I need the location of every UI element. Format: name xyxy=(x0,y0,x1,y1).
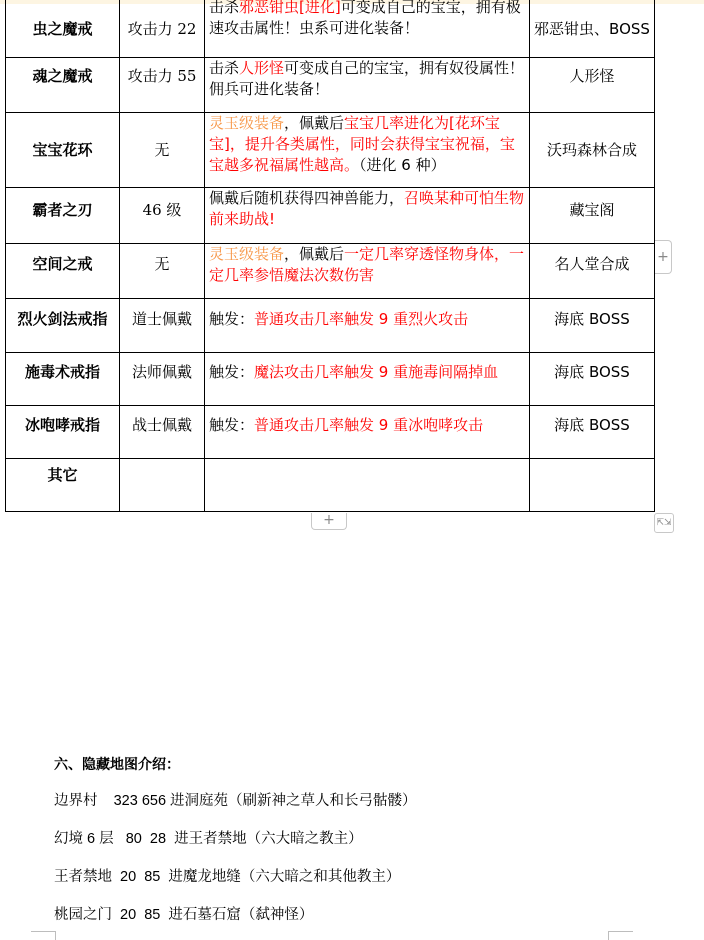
item-description: 击杀邪恶钳虫[进化]可变成自己的宝宝，拥有极速攻击属性！虫系可进化装备！ xyxy=(205,0,530,58)
item-description: 击杀人形怪可变成自己的宝宝，拥有奴役属性！佣兵可进化装备！ xyxy=(205,58,530,113)
item-name: 施毒术戒指 xyxy=(6,353,120,406)
description-run: 触发： xyxy=(209,416,254,434)
item-name: 空间之戒 xyxy=(6,244,120,299)
description-run: ，佩戴后 xyxy=(284,114,344,132)
item-description: 灵玉级装备，佩戴后一定几率穿透怪物身体，一定几率参悟魔法次数伤害 xyxy=(205,244,530,299)
description-run: 邪恶钳虫[进化] xyxy=(239,0,341,16)
item-source: 海底 BOSS xyxy=(530,406,655,459)
item-description: 佩戴后随机获得四神兽能力，召唤某种可怕生物前来助战! xyxy=(205,188,530,244)
table-row: 烈火剑法戒指 道士佩戴 触发：普通攻击几率触发 9 重烈火攻击 海底 BOSS xyxy=(6,299,655,353)
map-entry: 王者禁地 20 85 进魔龙地缝（六大暗之和其他教主） xyxy=(54,865,654,889)
item-name: 虫之魔戒 xyxy=(6,0,120,58)
description-run: ，佩戴后 xyxy=(284,245,344,263)
item-requirement: 攻击力 55 xyxy=(120,58,205,113)
table-row: 施毒术戒指 法师佩戴 触发：魔法攻击几率触发 9 重施毒间隔掉血 海底 BOSS xyxy=(6,353,655,406)
item-description: 触发：普通攻击几率触发 9 重冰咆哮攻击 xyxy=(205,406,530,459)
description-run: 触发： xyxy=(209,310,254,328)
table-row: 宝宝花环 无 灵玉级装备，佩戴后宝宝几率进化为[花环宝宝]，提升各类属性，同时会… xyxy=(6,113,655,188)
item-name: 烈火剑法戒指 xyxy=(6,299,120,353)
description-run: 普通攻击几率触发 9 重烈火攻击 xyxy=(254,310,468,328)
add-column-button[interactable]: + xyxy=(655,240,672,274)
description-run: （进化 6 种） xyxy=(359,156,446,174)
table-row: 霸者之刃 46 级 佩戴后随机获得四神兽能力，召唤某种可怕生物前来助战! 藏宝阁 xyxy=(6,188,655,244)
plus-icon: + xyxy=(657,249,669,265)
description-run: 击杀 xyxy=(209,59,239,77)
item-source: 邪恶钳虫、BOSS xyxy=(530,0,655,58)
item-name: 冰咆哮戒指 xyxy=(6,406,120,459)
item-source xyxy=(530,459,655,512)
table-row: 虫之魔戒 攻击力 22 击杀邪恶钳虫[进化]可变成自己的宝宝，拥有极速攻击属性！… xyxy=(6,0,655,58)
item-requirement: 46 级 xyxy=(120,188,205,244)
description-run: 普通攻击几率触发 9 重冰咆哮攻击 xyxy=(254,416,483,434)
description-run: 佩戴后随机获得四神兽能力， xyxy=(209,189,404,207)
item-description xyxy=(205,459,530,512)
hidden-maps-section: 六、隐藏地图介绍： 边界村 323 656 进洞庭苑（刷新神之草人和长弓骷髅） … xyxy=(54,752,654,940)
item-description: 灵玉级装备，佩戴后宝宝几率进化为[花环宝宝]，提升各类属性，同时会获得宝宝祝福，… xyxy=(205,113,530,188)
table-row: 魂之魔戒 攻击力 55 击杀人形怪可变成自己的宝宝，拥有奴役属性！佣兵可进化装备… xyxy=(6,58,655,113)
add-row-button[interactable]: + xyxy=(311,513,347,530)
item-source: 海底 BOSS xyxy=(530,299,655,353)
description-run: 魔法攻击几率触发 9 重施毒间隔掉血 xyxy=(254,363,498,381)
item-name: 宝宝花环 xyxy=(6,113,120,188)
item-requirement: 法师佩戴 xyxy=(120,353,205,406)
plus-icon: + xyxy=(323,512,335,528)
item-description: 触发：魔法攻击几率触发 9 重施毒间隔掉血 xyxy=(205,353,530,406)
description-run: 击杀 xyxy=(209,0,239,16)
item-requirement: 无 xyxy=(120,244,205,299)
item-name: 其它 xyxy=(6,459,120,512)
map-entry: 幻境 6 层 80 28 进王者禁地（六大暗之教主） xyxy=(54,827,654,851)
page-margin-corner-right xyxy=(608,931,633,940)
resize-arrows-icon: ⇱⇲ xyxy=(656,518,671,528)
description-run: 灵玉级装备 xyxy=(209,245,284,263)
description-run: 触发： xyxy=(209,363,254,381)
description-run: 人形怪 xyxy=(239,59,284,77)
map-entry: 桃园之门 20 85 进石墓石窟（弑神怪） xyxy=(54,903,654,927)
table-resize-handle[interactable]: ⇱⇲ xyxy=(654,513,674,533)
item-description: 触发：普通攻击几率触发 9 重烈火攻击 xyxy=(205,299,530,353)
equipment-table: 虫之魔戒 攻击力 22 击杀邪恶钳虫[进化]可变成自己的宝宝，拥有极速攻击属性！… xyxy=(5,0,655,512)
item-requirement: 道士佩戴 xyxy=(120,299,205,353)
item-source: 名人堂合成 xyxy=(530,244,655,299)
table-row: 其它 xyxy=(6,459,655,512)
map-entry: 边界村 323 656 进洞庭苑（刷新神之草人和长弓骷髅） xyxy=(54,789,654,813)
description-run: 灵玉级装备 xyxy=(209,114,284,132)
item-requirement: 战士佩戴 xyxy=(120,406,205,459)
item-name: 霸者之刃 xyxy=(6,188,120,244)
item-source: 人形怪 xyxy=(530,58,655,113)
item-source: 海底 BOSS xyxy=(530,353,655,406)
item-requirement: 攻击力 22 xyxy=(120,0,205,58)
table-row: 空间之戒 无 灵玉级装备，佩戴后一定几率穿透怪物身体，一定几率参悟魔法次数伤害 … xyxy=(6,244,655,299)
item-name: 魂之魔戒 xyxy=(6,58,120,113)
table-row: 冰咆哮戒指 战士佩戴 触发：普通攻击几率触发 9 重冰咆哮攻击 海底 BOSS xyxy=(6,406,655,459)
item-requirement xyxy=(120,459,205,512)
page-margin-corner-left xyxy=(31,931,56,940)
item-requirement: 无 xyxy=(120,113,205,188)
item-source: 藏宝阁 xyxy=(530,188,655,244)
item-source: 沃玛森林合成 xyxy=(530,113,655,188)
section-heading: 六、隐藏地图介绍： xyxy=(54,752,654,776)
